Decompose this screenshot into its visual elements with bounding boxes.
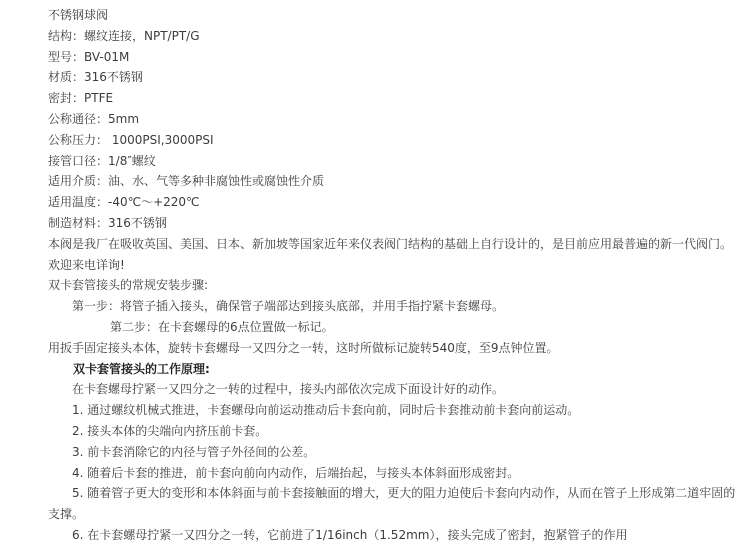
spec-manufacturing-material: 制造材料：316不锈钢 (48, 213, 738, 234)
welcome-text: 欢迎来电详询! (48, 255, 738, 276)
spec-label: 公称通径： (48, 112, 108, 126)
spec-label: 型号： (48, 50, 84, 64)
spec-label: 公称压力： (48, 133, 108, 147)
spec-label: 适用温度： (48, 195, 108, 209)
spec-seal: 密封：PTFE (48, 88, 738, 109)
spec-medium: 适用介质：油、水、气等多种非腐蚀性或腐蚀性介质 (48, 171, 738, 192)
spec-label: 接管口径： (48, 154, 108, 168)
spec-value: 1/8″螺纹 (108, 154, 156, 168)
product-description: 不锈钢球阀 结构：螺纹连接，NPT/PT/G 型号：BV-01M 材质：316不… (48, 5, 738, 546)
spec-value: 5mm (108, 112, 139, 126)
product-title: 不锈钢球阀 (48, 5, 738, 26)
spec-material: 材质：316不锈钢 (48, 67, 738, 88)
spec-nominal-diameter: 公称通径：5mm (48, 109, 738, 130)
spec-temperature: 适用温度：-40℃～+220℃ (48, 192, 738, 213)
spec-connection-size: 接管口径：1/8″螺纹 (48, 151, 738, 172)
spec-label: 适用介质： (48, 174, 108, 188)
spec-label: 结构： (48, 29, 84, 43)
principle-item-6: 6. 在卡套螺母拧紧一又四分之一转，它前进了1/16inch（1.52mm），接… (48, 525, 738, 546)
spec-label: 材质： (48, 70, 84, 84)
install-step-2: 第二步：在卡套螺母的6点位置做一标记。 (48, 317, 738, 338)
spec-structure: 结构：螺纹连接，NPT/PT/G (48, 26, 738, 47)
spec-value: 1000PSI,3000PSI (108, 133, 214, 147)
principle-intro: 在卡套螺母拧紧一又四分之一转的过程中，接头内部依次完成下面设计好的动作。 (48, 379, 738, 400)
spec-model: 型号：BV-01M (48, 47, 738, 68)
principle-item-3: 3. 前卡套消除它的内径与管子外径间的公差。 (48, 442, 738, 463)
spec-label: 制造材料： (48, 216, 108, 230)
principle-item-2: 2. 接头本体的尖端向内挤压前卡套。 (48, 421, 738, 442)
spec-value: PTFE (84, 91, 113, 105)
principle-item-4: 4. 随着后卡套的推进，前卡套向前向内动作，后端抬起，与接头本体斜面形成密封。 (48, 463, 738, 484)
spec-value: BV-01M (84, 50, 129, 64)
spec-value: 316不锈钢 (108, 216, 167, 230)
spec-value: 油、水、气等多种非腐蚀性或腐蚀性介质 (108, 174, 324, 188)
spec-value: 螺纹连接，NPT/PT/G (84, 29, 200, 43)
intro-paragraph: 本阀是我厂在吸收英国、美国、日本、新加坡等国家近年来仪表阀门结构的基础上自行设计… (48, 234, 738, 255)
spec-value: 316不锈钢 (84, 70, 143, 84)
install-heading: 双卡套管接头的常规安装步骤: (48, 275, 738, 296)
principle-item-1: 1. 通过螺纹机械式推进，卡套螺母向前运动推动后卡套向前，同时后卡套推动前卡套向… (48, 400, 738, 421)
principle-heading: 双卡套管接头的工作原理: (48, 359, 738, 380)
principle-item-5: 5. 随着管子更大的变形和本体斜面与前卡套接触面的增大，更大的阻力迫使后卡套向内… (48, 483, 738, 525)
install-step-3: 用扳手固定接头本体，旋转卡套螺母一又四分之一转，这时所做标记旋转540度，至9点… (48, 338, 738, 359)
spec-value: -40℃～+220℃ (108, 195, 200, 209)
spec-nominal-pressure: 公称压力： 1000PSI,3000PSI (48, 130, 738, 151)
spec-label: 密封： (48, 91, 84, 105)
install-step-1: 第一步：将管子插入接头，确保管子端部达到接头底部，并用手指拧紧卡套螺母。 (48, 296, 738, 317)
